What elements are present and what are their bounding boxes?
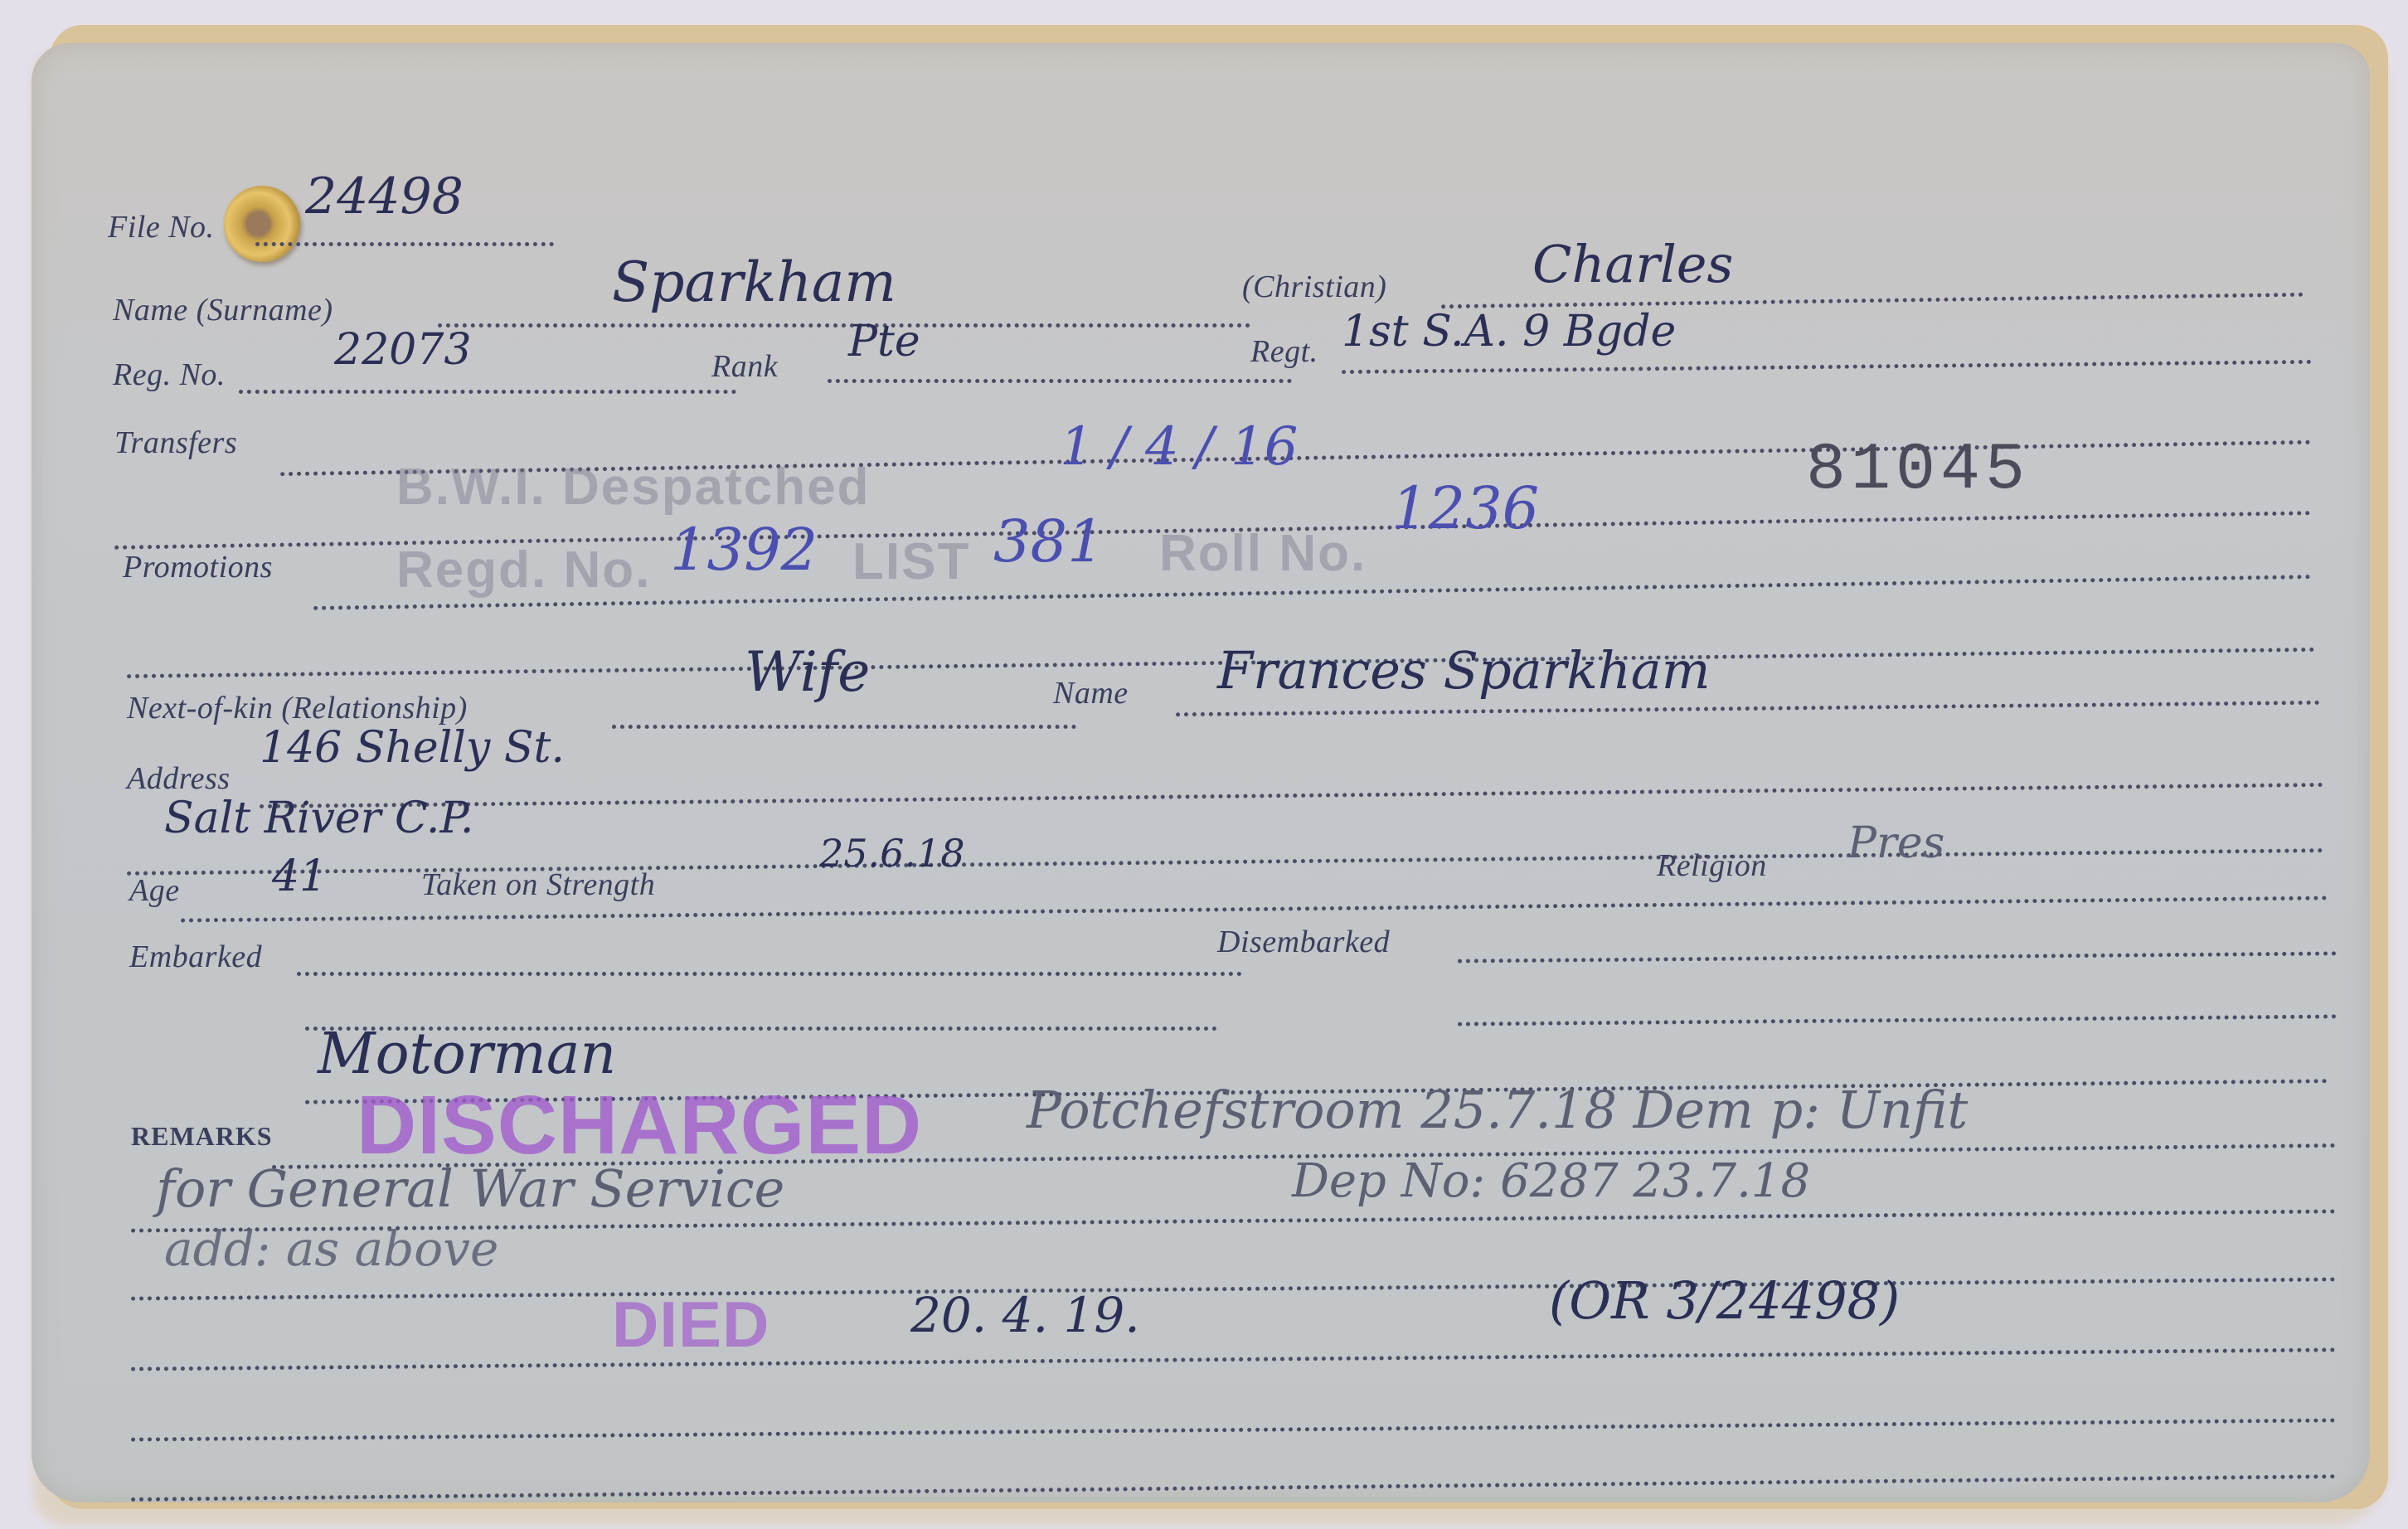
regt-label: Regt. [1250, 333, 1318, 370]
died-stamp: DIED [612, 1287, 769, 1362]
transfers-label: Transfers [114, 425, 237, 461]
died-date: 20. 4. 19. [910, 1287, 1140, 1343]
christian-value: Charles [1532, 234, 1733, 294]
religion-label: Religion [1657, 847, 1767, 884]
dotted-line [297, 972, 1242, 976]
despatched-date: 1 / 4 / 16 [1060, 416, 1298, 478]
next-of-kin-label: Next-of-kin (Relationship) [127, 690, 468, 726]
reference-number: (OR 3/24498) [1549, 1270, 1900, 1331]
religion-value: Pres [1847, 818, 1944, 868]
address-line2: Salt River C.P. [164, 794, 473, 843]
dotted-line [239, 390, 736, 394]
dotted-line [612, 725, 1076, 729]
dotted-line [1342, 360, 2312, 374]
disembarked-label: Disembarked [1217, 924, 1390, 960]
dotted-line [131, 1347, 2337, 1371]
dotted-line [255, 242, 554, 246]
rank-label: Rank [711, 348, 778, 385]
dotted-line [1458, 951, 2337, 963]
regd-no-value: 1392 [670, 516, 818, 584]
service-record-card: File No. 24498 Name (Surname) Sparkham (… [32, 43, 2370, 1502]
file-no-label: File No. [108, 209, 215, 245]
address-line1: 146 Shelly St. [260, 723, 565, 773]
nok-name-value: Frances Sparkham [1217, 640, 1711, 701]
address-label: Address [127, 760, 231, 797]
age-value: 41 [272, 852, 327, 901]
remarks-label: REMARKS [131, 1121, 273, 1152]
surname-value: Sparkham [612, 250, 896, 314]
reg-no-value: 22073 [334, 325, 471, 375]
taken-on-strength-value: 25.6.18 [819, 831, 965, 876]
dotted-line [1458, 1014, 2337, 1026]
rank-value: Pte [848, 317, 920, 366]
promotions-label: Promotions [123, 549, 273, 585]
dotted-line [828, 379, 1292, 383]
roll-no-stamp-label: Roll No. [1159, 524, 1367, 583]
relationship-value: Wife [745, 640, 870, 704]
dotted-line [131, 1418, 2337, 1441]
christian-label: (Christian) [1242, 269, 1386, 305]
age-label: Age [129, 872, 180, 909]
roll-no-value: 1236 [1391, 474, 1539, 542]
nok-name-label: Name [1053, 675, 1129, 711]
regt-value: 1st S.A. 9 Bgde [1342, 307, 1676, 357]
dotted-line [260, 783, 2324, 808]
dotted-line [131, 1277, 2337, 1300]
reg-no-label: Reg. No. [113, 357, 226, 393]
dotted-line [131, 1474, 2337, 1502]
list-no-value: 381 [993, 507, 1104, 575]
remarks-line2a: for General War Service [156, 1158, 784, 1219]
surname-label: Name (Surname) [113, 292, 333, 328]
typed-number: 81045 [1806, 433, 2030, 508]
remarks-line2b: Dep No: 6287 23.7.18 [1292, 1154, 1810, 1208]
dotted-line [1176, 701, 2320, 716]
file-no-value: 24498 [305, 167, 464, 226]
list-stamp-label: LIST [852, 532, 970, 591]
bwi-despatched-stamp: B.W.I. Despatched [396, 458, 870, 517]
regd-no-stamp-label: Regd. No. [396, 541, 651, 599]
brass-eyelet-icon [224, 186, 300, 262]
dotted-line [438, 323, 1250, 328]
remarks-line3: add: as above [164, 1221, 498, 1277]
taken-on-strength-label: Taken on Strength [421, 866, 655, 903]
remarks-line1: Potchefstroom 25.7.18 Dem p: Unfit [1027, 1080, 1968, 1140]
embarked-label: Embarked [129, 939, 262, 975]
